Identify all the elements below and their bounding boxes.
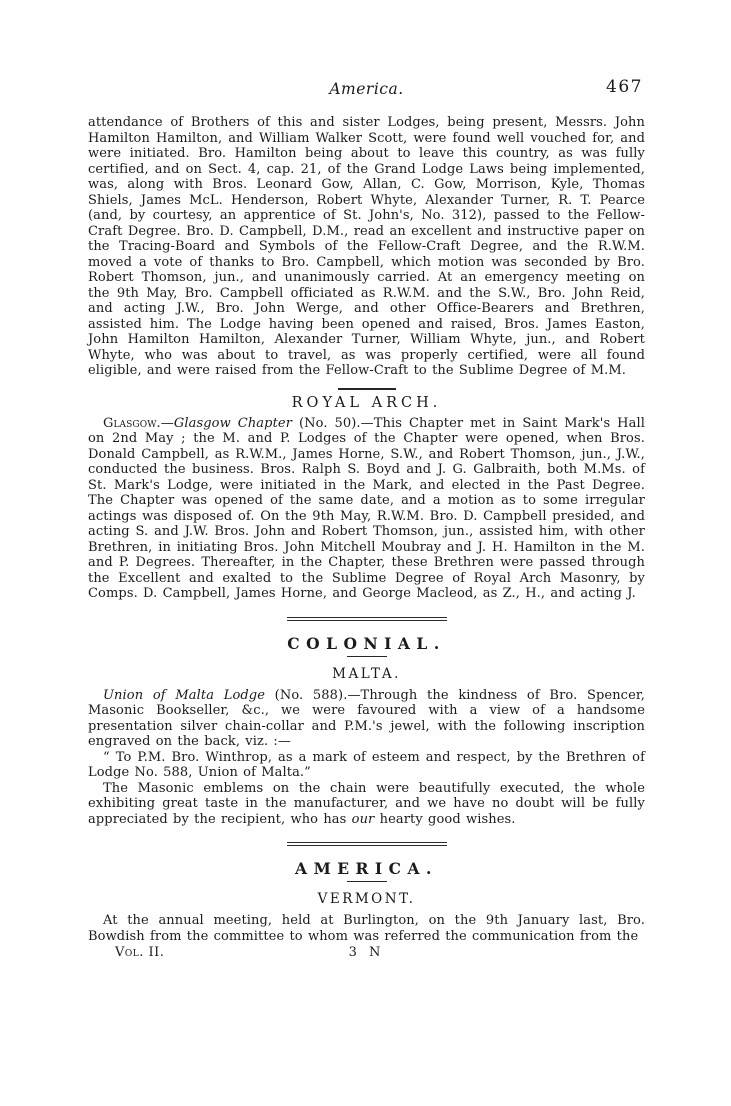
- section-divider-rule: [338, 388, 396, 390]
- emblems-text-tail: hearty good wishes.: [374, 812, 515, 827]
- heading-malta: MALTA.: [88, 666, 645, 682]
- heading-vermont: VERMONT.: [88, 891, 645, 907]
- emblems-emphasis: our: [352, 812, 375, 827]
- malta-lodge-name: Union of Malta Lodge: [103, 688, 265, 703]
- section-divider-double-rule: [287, 617, 447, 621]
- page-header: America. 467: [88, 80, 645, 100]
- paragraph-malta-emblems: The Masonic emblems on the chain were be…: [88, 781, 645, 828]
- running-title: America.: [329, 80, 403, 98]
- paragraph-lodge-continuation: attendance of Brothers of this and siste…: [88, 115, 645, 379]
- printers-signature: 3 N: [349, 945, 385, 960]
- heading-underline-rule: [347, 881, 387, 882]
- section-divider-double-rule: [287, 842, 447, 846]
- paragraph-malta-inscription: “ To P.M. Bro. Winthrop, as a mark of es…: [88, 750, 645, 781]
- glasgow-chapter-text: (No. 50).—This Chapter met in Saint Mark…: [88, 416, 645, 602]
- scanned-document-page: America. 467 attendance of Brothers of t…: [0, 0, 731, 1106]
- page-footer: Vol. II. 3 N: [88, 945, 645, 963]
- paragraph-vermont: At the annual meeting, held at Burlingto…: [88, 913, 645, 944]
- heading-colonial: COLONIAL.: [88, 634, 645, 653]
- paragraph-malta-intro: Union of Malta Lodge (No. 588).—Through …: [88, 688, 645, 750]
- volume-label: Vol. II.: [115, 945, 164, 960]
- heading-royal-arch: ROYAL ARCH.: [88, 395, 645, 411]
- heading-underline-rule: [347, 656, 387, 657]
- em-dash: —: [161, 416, 174, 431]
- heading-america: AMERICA.: [88, 859, 645, 878]
- page-number: 467: [606, 77, 643, 97]
- text-block: attendance of Brothers of this and siste…: [88, 115, 645, 963]
- glasgow-chapter-name: Glasgow Chapter: [174, 416, 292, 431]
- paragraph-glasgow-chapter: Glasgow.—Glasgow Chapter (No. 50).—This …: [88, 416, 645, 602]
- glasgow-lead-smallcaps: Glasgow.: [103, 416, 161, 431]
